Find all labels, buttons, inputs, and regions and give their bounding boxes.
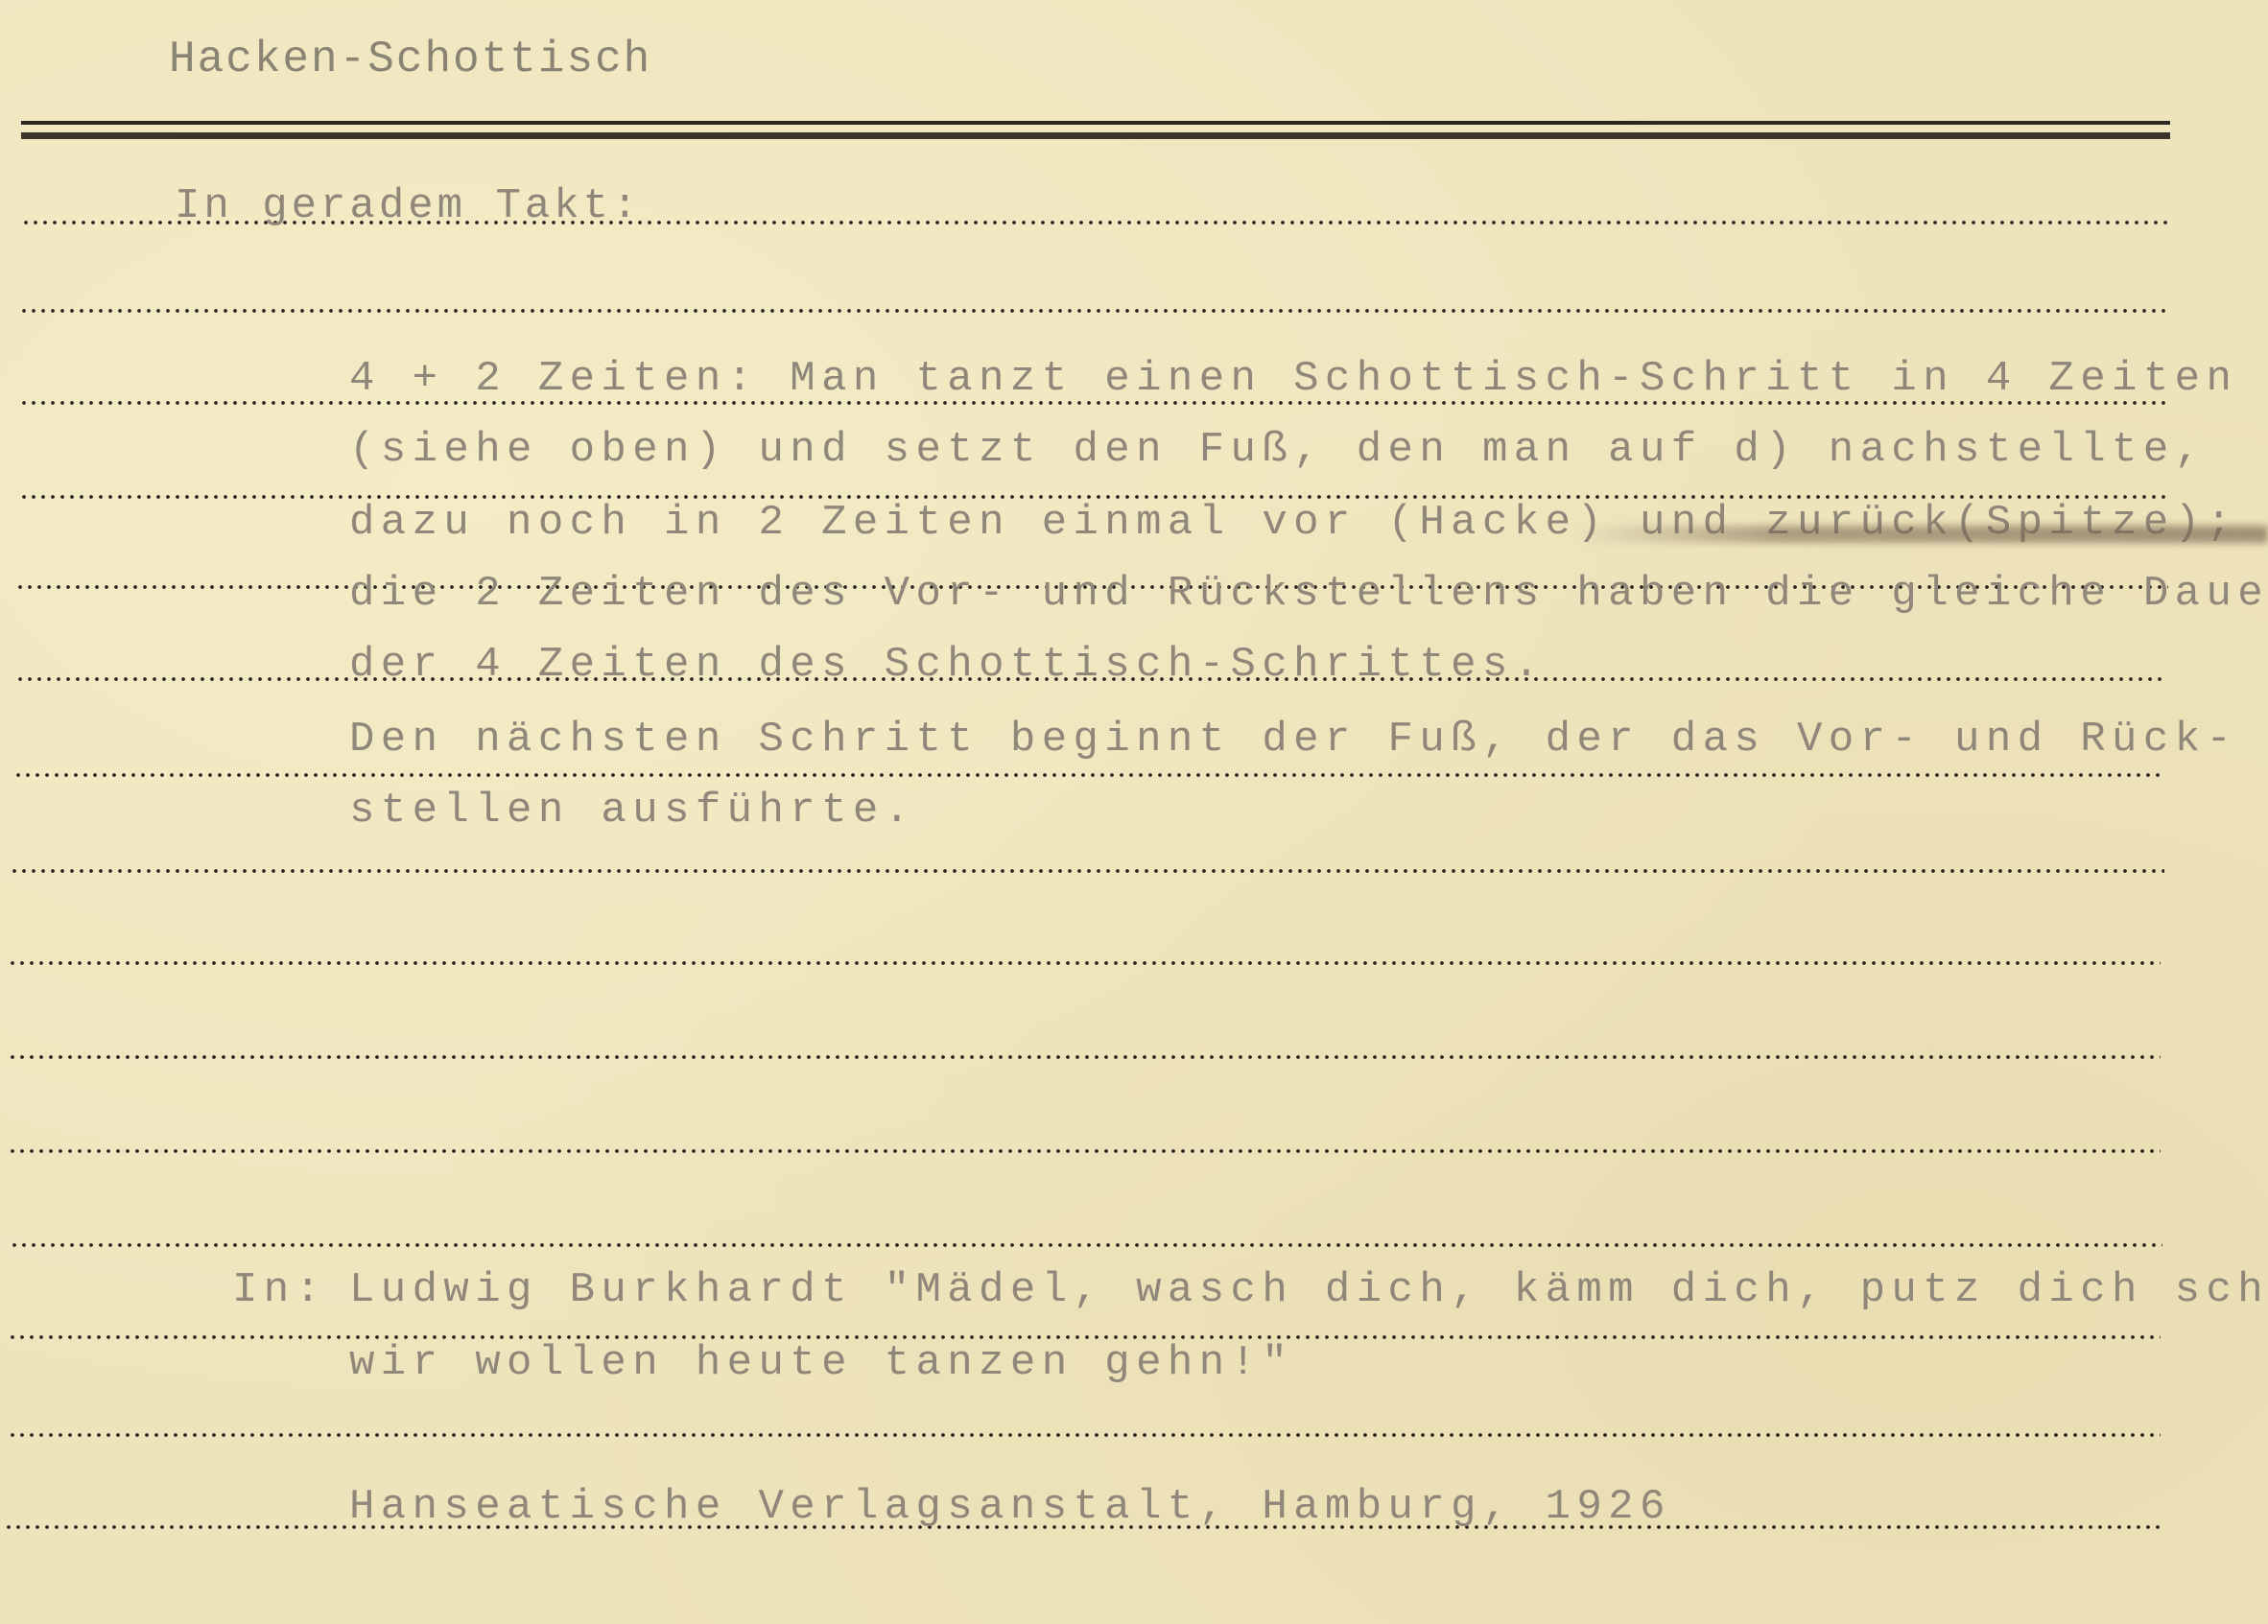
ruled-line — [10, 1243, 2162, 1247]
source-line: Ludwig Burkhardt "Mädel, wasch dich, käm… — [349, 1266, 2268, 1314]
publisher-line: Hanseatische Verlagsanstalt, Hamburg, 19… — [349, 1483, 1671, 1531]
ruled-line — [8, 961, 2161, 965]
index-card: Hacken-Schottisch In geradem Takt: 4 + 2… — [0, 0, 2268, 1624]
card-title: Hacken-Schottisch — [169, 35, 651, 84]
title-rule — [21, 121, 2170, 125]
ruled-line — [8, 1055, 2161, 1059]
ink-smear — [1573, 526, 2268, 543]
description-line: stellen ausführte. — [349, 787, 915, 835]
subheading: In geradem Takt: — [175, 182, 641, 230]
ruled-line — [19, 309, 2168, 313]
ruled-line — [8, 1149, 2161, 1153]
description-line: 4 + 2 Zeiten: Man tanzt einen Schottisch… — [349, 355, 2237, 403]
description-line: Den nächsten Schritt beginnt der Fuß, de… — [349, 716, 2237, 764]
description-line: (siehe oben) und setzt den Fuß, den man … — [349, 426, 2206, 474]
ruled-line — [8, 1433, 2161, 1437]
ruled-line — [10, 869, 2164, 873]
description-line: die 2 Zeiten des Vor- und Rückstellens h… — [349, 570, 2268, 618]
source-line: wir wollen heute tanzen gehn!" — [349, 1339, 1293, 1387]
description-line: der 4 Zeiten des Schottisch-Schrittes. — [349, 641, 1546, 689]
source-label: In: — [232, 1266, 326, 1314]
ruled-line — [13, 773, 2162, 777]
title-rule-thick — [21, 132, 2170, 139]
